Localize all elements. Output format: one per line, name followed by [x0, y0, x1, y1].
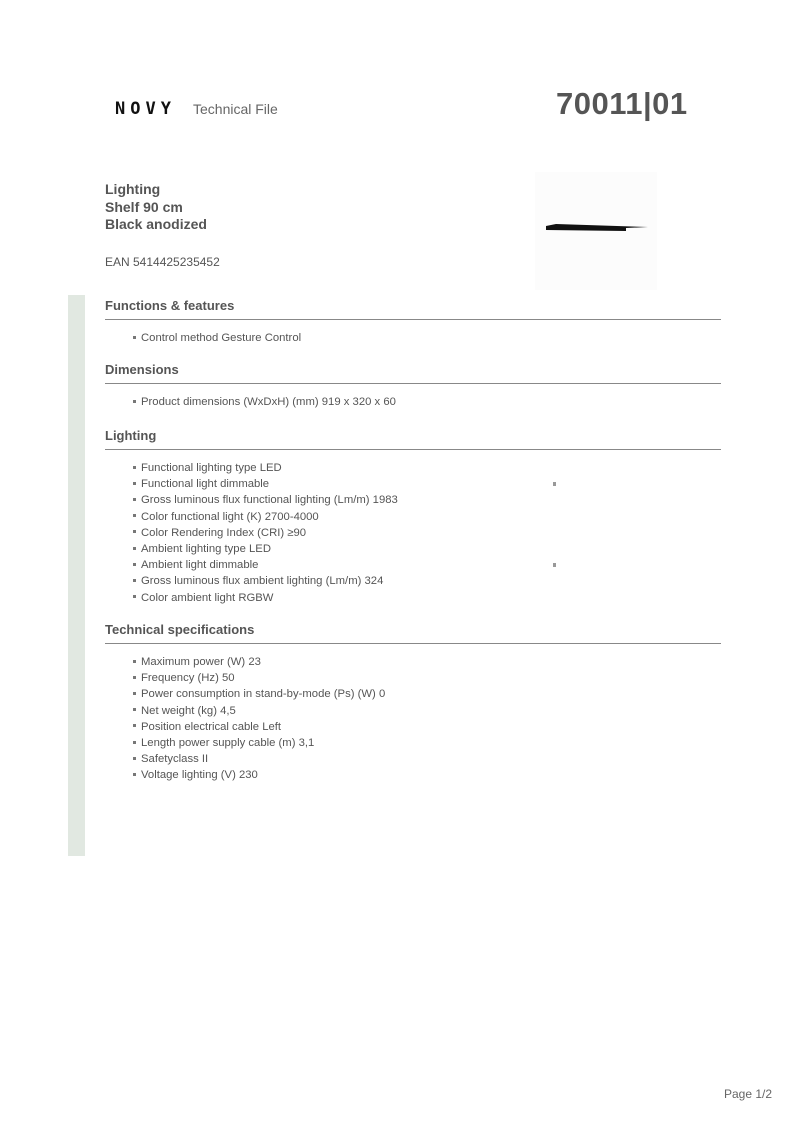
- bullet-icon: [133, 595, 136, 598]
- spec-item: Gross luminous flux ambient lighting (Lm…: [133, 573, 721, 589]
- spec-item: Gross luminous flux functional lighting …: [133, 492, 721, 508]
- spec-text: Product dimensions (WxDxH) (mm) 919 x 32…: [141, 396, 396, 408]
- ean-code: EAN 5414425235452: [105, 255, 220, 269]
- section-functions-features: Functions & featuresControl method Gestu…: [105, 298, 721, 346]
- bullet-icon: [133, 514, 136, 517]
- spec-text: Functional light dimmable: [141, 478, 269, 490]
- check-mark-icon: [553, 482, 556, 486]
- product-title: Lighting Shelf 90 cm Black anodized: [105, 181, 207, 234]
- spec-text: Ambient light dimmable: [141, 559, 258, 571]
- spec-list: Functional lighting type LEDFunctional l…: [105, 460, 721, 606]
- section-dimensions: DimensionsProduct dimensions (WxDxH) (mm…: [105, 362, 721, 410]
- product-finish: Black anodized: [105, 216, 207, 234]
- section-title: Technical specifications: [105, 622, 721, 644]
- bullet-icon: [133, 547, 136, 550]
- spec-item: Color Rendering Index (CRI) ≥90: [133, 525, 721, 541]
- bullet-icon: [133, 498, 136, 501]
- brand-logo: NOVY: [115, 99, 176, 119]
- spec-text: Control method Gesture Control: [141, 332, 301, 344]
- spec-text: Ambient lighting type LED: [141, 543, 271, 555]
- page-number: Page 1/2: [724, 1087, 772, 1101]
- bullet-icon: [133, 530, 136, 533]
- check-mark-icon: [553, 563, 556, 567]
- spec-text: Maximum power (W) 23: [141, 656, 261, 668]
- spec-text: Gross luminous flux ambient lighting (Lm…: [141, 575, 383, 587]
- bullet-icon: [133, 563, 136, 566]
- spec-item: Voltage lighting (V) 230: [133, 767, 721, 783]
- spec-item: Safetyclass II: [133, 751, 721, 767]
- product-category: Lighting: [105, 181, 207, 199]
- spec-item: Power consumption in stand-by-mode (Ps) …: [133, 686, 721, 702]
- spec-text: Gross luminous flux functional lighting …: [141, 494, 398, 506]
- spec-list: Maximum power (W) 23Frequency (Hz) 50Pow…: [105, 654, 721, 784]
- spec-text: Frequency (Hz) 50: [141, 672, 235, 684]
- spec-item: Ambient light dimmable: [133, 557, 721, 573]
- bullet-icon: [133, 741, 136, 744]
- bullet-icon: [133, 757, 136, 760]
- spec-item: Functional light dimmable: [133, 476, 721, 492]
- document-number: 70011|01: [556, 86, 688, 122]
- spec-text: Color ambient light RGBW: [141, 592, 273, 604]
- section-title: Functions & features: [105, 298, 721, 320]
- spec-list: Control method Gesture Control: [105, 330, 721, 346]
- spec-text: Power consumption in stand-by-mode (Ps) …: [141, 688, 385, 700]
- bullet-icon: [133, 676, 136, 679]
- bullet-icon: [133, 482, 136, 485]
- spec-item: Ambient lighting type LED: [133, 541, 721, 557]
- bullet-icon: [133, 724, 136, 727]
- bullet-icon: [133, 400, 136, 403]
- spec-item: Color ambient light RGBW: [133, 590, 721, 606]
- spec-text: Position electrical cable Left: [141, 721, 281, 733]
- shelf-image-icon: [546, 224, 648, 232]
- product-name: Shelf 90 cm: [105, 199, 207, 217]
- bullet-icon: [133, 466, 136, 469]
- section-title: Dimensions: [105, 362, 721, 384]
- spec-text: Net weight (kg) 4,5: [141, 705, 236, 717]
- section-technical-specifications: Technical specificationsMaximum power (W…: [105, 622, 721, 784]
- section-lighting: LightingFunctional lighting type LEDFunc…: [105, 428, 721, 606]
- side-accent-bar: [68, 295, 85, 856]
- section-title: Lighting: [105, 428, 721, 450]
- bullet-icon: [133, 579, 136, 582]
- spec-text: Safetyclass II: [141, 753, 208, 765]
- spec-text: Length power supply cable (m) 3,1: [141, 737, 314, 749]
- spec-item: Frequency (Hz) 50: [133, 670, 721, 686]
- spec-text: Color Rendering Index (CRI) ≥90: [141, 527, 306, 539]
- spec-item: Color functional light (K) 2700-4000: [133, 509, 721, 525]
- spec-item: Product dimensions (WxDxH) (mm) 919 x 32…: [133, 394, 721, 410]
- spec-text: Color functional light (K) 2700-4000: [141, 511, 319, 523]
- bullet-icon: [133, 660, 136, 663]
- bullet-icon: [133, 692, 136, 695]
- spec-item: Functional lighting type LED: [133, 460, 721, 476]
- spec-item: Position electrical cable Left: [133, 719, 721, 735]
- spec-item: Length power supply cable (m) 3,1: [133, 735, 721, 751]
- bullet-icon: [133, 336, 136, 339]
- spec-text: Functional lighting type LED: [141, 462, 282, 474]
- bullet-icon: [133, 708, 136, 711]
- document-type: Technical File: [193, 101, 278, 117]
- spec-item: Maximum power (W) 23: [133, 654, 721, 670]
- spec-list: Product dimensions (WxDxH) (mm) 919 x 32…: [105, 394, 721, 410]
- spec-item: Net weight (kg) 4,5: [133, 703, 721, 719]
- spec-text: Voltage lighting (V) 230: [141, 769, 258, 781]
- bullet-icon: [133, 773, 136, 776]
- spec-item: Control method Gesture Control: [133, 330, 721, 346]
